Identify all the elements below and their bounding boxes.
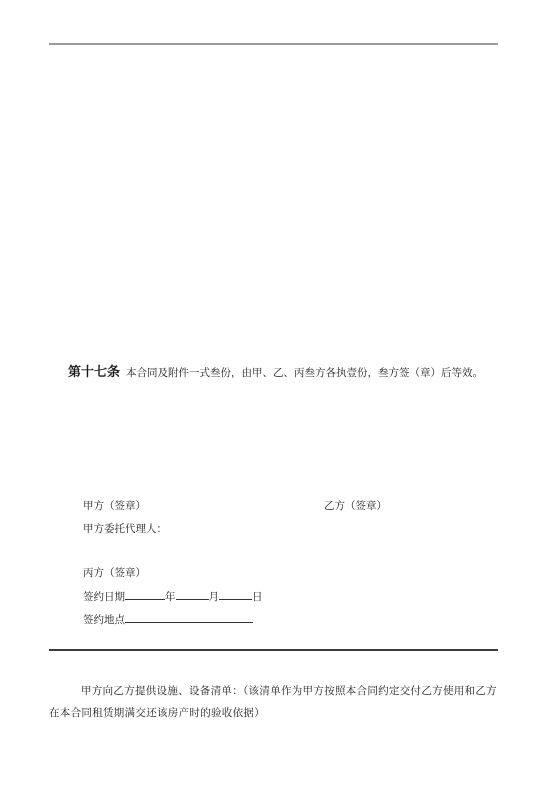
section-divider: [49, 649, 498, 651]
sign-place-label: 签约地点: [83, 614, 125, 626]
sign-place-blank[interactable]: [125, 611, 253, 623]
month-blank[interactable]: [176, 588, 209, 600]
article-text: 本合同及附件一式叁份，由甲、乙、丙叁方各执壹份，叁方签（章）后等效。: [126, 367, 483, 379]
year-blank[interactable]: [125, 588, 165, 600]
month-label: 月: [209, 591, 220, 603]
party-a-signature-label: 甲方（签章）: [83, 498, 146, 513]
sign-date-line: 签约日期年月日: [83, 588, 263, 604]
party-a-agent-label: 甲方委托代理人：: [83, 521, 167, 536]
party-c-signature-label: 丙方（签章）: [83, 565, 146, 580]
article-17: 第十七条本合同及附件一式叁份，由甲、乙、丙叁方各执壹份，叁方签（章）后等效。: [68, 361, 508, 380]
appendix-paragraph: 甲方向乙方提供设施、设备清单：（该清单作为甲方按照本合同约定交付乙方使用和乙方在…: [49, 680, 501, 724]
sign-place-line: 签约地点: [83, 611, 253, 627]
day-blank[interactable]: [219, 588, 252, 600]
party-b-signature-label: 乙方（签章）: [324, 498, 387, 513]
article-number: 第十七条: [68, 365, 120, 380]
year-label: 年: [165, 591, 176, 603]
day-label: 日: [252, 591, 263, 603]
header-rule: [49, 43, 498, 45]
sign-date-label: 签约日期: [83, 591, 125, 603]
